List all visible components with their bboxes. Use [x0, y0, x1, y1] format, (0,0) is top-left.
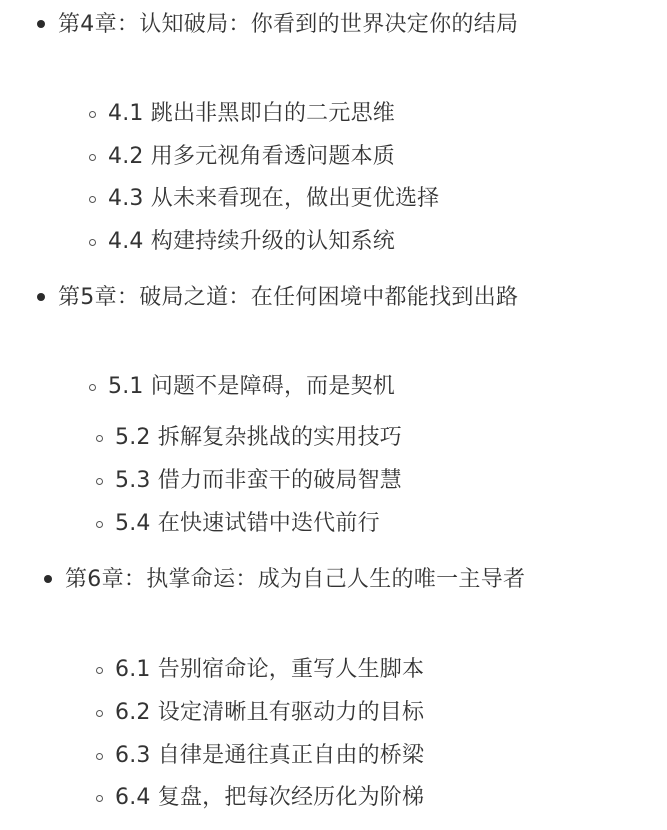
circle-bullet-icon — [96, 478, 103, 485]
chapter-6-heading: 第6章：执掌命运：成为自己人生的唯一主导者 — [44, 562, 545, 597]
section-label: 6.4 复盘，把每次经历化为阶梯 — [115, 780, 424, 816]
list-item: 6.3 自律是通往真正自由的桥梁 — [96, 738, 424, 774]
list-item: 5.4 在快速试错中迭代前行 — [96, 506, 380, 542]
circle-bullet-icon — [89, 111, 96, 118]
section-label: 4.1 跳出非黑即白的二元思维 — [108, 96, 395, 132]
list-item: 4.4 构建持续升级的认知系统 — [89, 224, 395, 260]
list-item: 6.2 设定清晰且有驱动力的目标 — [96, 695, 424, 731]
section-label: 6.3 自律是通往真正自由的桥梁 — [115, 738, 424, 774]
circle-bullet-icon — [96, 435, 103, 442]
list-item: 6.4 复盘，把每次经历化为阶梯 — [96, 780, 424, 816]
circle-bullet-icon — [89, 154, 96, 161]
circle-bullet-icon — [89, 196, 96, 203]
list-item: 5.2 拆解复杂挑战的实用技巧 — [96, 420, 402, 456]
chapter-title: 第4章：认知破局：你看到的世界决定你的结局 — [58, 7, 538, 42]
list-item: 4.1 跳出非黑即白的二元思维 — [89, 96, 395, 132]
bullet-icon — [37, 20, 45, 28]
section-label: 5.3 借力而非蛮干的破局智慧 — [115, 463, 402, 499]
circle-bullet-icon — [96, 710, 103, 717]
circle-bullet-icon — [89, 384, 96, 391]
chapter-title: 第6章：执掌命运：成为自己人生的唯一主导者 — [65, 562, 545, 597]
section-label: 5.2 拆解复杂挑战的实用技巧 — [115, 420, 402, 456]
section-label: 4.3 从未来看现在，做出更优选择 — [108, 181, 439, 217]
bullet-icon — [37, 293, 45, 301]
circle-bullet-icon — [89, 239, 96, 246]
circle-bullet-icon — [96, 795, 103, 802]
list-item: 5.3 借力而非蛮干的破局智慧 — [96, 463, 402, 499]
list-item: 4.2 用多元视角看透问题本质 — [89, 139, 395, 175]
chapter-title: 第5章：破局之道：在任何困境中都能找到出路 — [58, 280, 538, 315]
chapter-4-heading: 第4章：认知破局：你看到的世界决定你的结局 — [37, 7, 538, 42]
section-label: 5.4 在快速试错中迭代前行 — [115, 506, 380, 542]
list-item: 5.1 问题不是障碍，而是契机 — [89, 369, 395, 405]
section-label: 4.2 用多元视角看透问题本质 — [108, 139, 395, 175]
list-item: 6.1 告别宿命论，重写人生脚本 — [96, 652, 424, 688]
section-label: 6.2 设定清晰且有驱动力的目标 — [115, 695, 424, 731]
circle-bullet-icon — [96, 753, 103, 760]
section-label: 5.1 问题不是障碍，而是契机 — [108, 369, 395, 405]
list-item: 4.3 从未来看现在，做出更优选择 — [89, 181, 439, 217]
section-label: 4.4 构建持续升级的认知系统 — [108, 224, 395, 260]
section-label: 6.1 告别宿命论，重写人生脚本 — [115, 652, 424, 688]
chapter-5-heading: 第5章：破局之道：在任何困境中都能找到出路 — [37, 280, 538, 315]
circle-bullet-icon — [96, 521, 103, 528]
circle-bullet-icon — [96, 667, 103, 674]
bullet-icon — [44, 575, 52, 583]
